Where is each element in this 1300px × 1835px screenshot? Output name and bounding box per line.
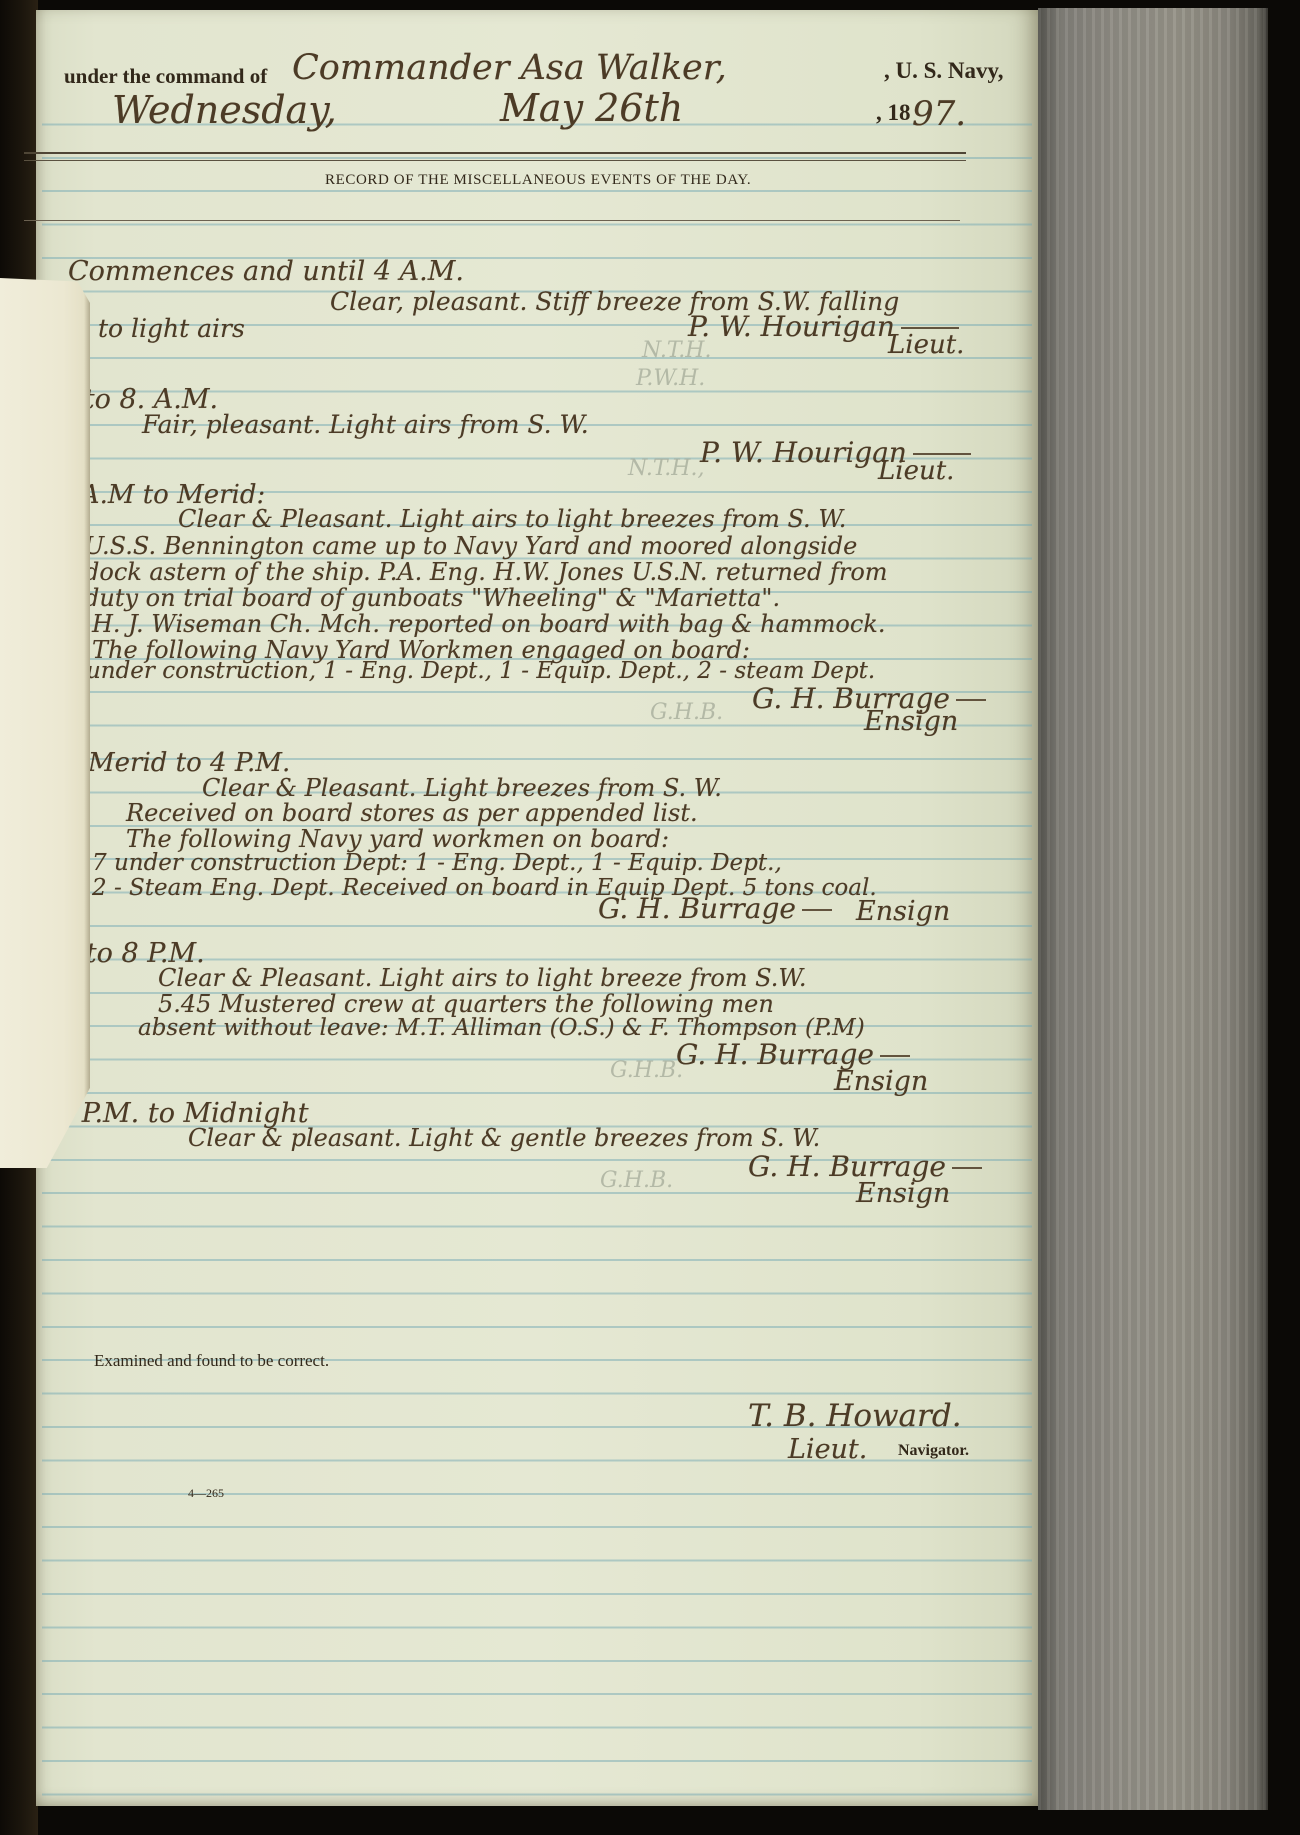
pencil-initials: P.W.H.: [636, 366, 705, 391]
officer-signature: G. H. Burrage: [598, 892, 832, 925]
page-edge-stack: [1038, 8, 1268, 1810]
log-line: 7 under construction Dept: 1 - Eng. Dept…: [92, 850, 782, 876]
log-line: The following Navy yard workmen on board…: [126, 825, 669, 853]
log-line: dock astern of the ship. P.A. Eng. H.W. …: [84, 558, 888, 586]
double-rule: [24, 152, 966, 161]
tucked-page-corner: [0, 278, 90, 1168]
printed-navy-suffix: , U. S. Navy,: [884, 58, 1004, 84]
log-line: Clear & Pleasant. Light airs to light br…: [158, 964, 806, 992]
handwritten-date: May 26th: [500, 86, 683, 130]
printed-command-prefix: under the command of: [64, 64, 267, 89]
log-line: duty on trial board of gunboats "Wheelin…: [84, 584, 780, 612]
pencil-initials: G.H.B.: [650, 700, 723, 725]
officer-rank: Ensign: [864, 706, 958, 737]
logbook-photograph: under the command of Commander Asa Walke…: [0, 0, 1300, 1835]
officer-rank: Lieut.: [878, 456, 954, 486]
navigator-rank: Lieut.: [788, 1434, 867, 1465]
log-line: to light airs: [98, 314, 245, 343]
handwritten-year: 97.: [912, 94, 966, 134]
officer-rank: Ensign: [856, 1178, 950, 1209]
log-line: U.S.S. Bennington came up to Navy Yard a…: [84, 532, 857, 560]
officer-rank: Ensign: [834, 1066, 928, 1097]
printed-navigator-label: Navigator.: [898, 1442, 969, 1460]
pencil-initials: N.T.H.: [642, 338, 711, 363]
log-line: 7 under construction, 1 - Eng. Dept., 1 …: [64, 658, 875, 684]
watch-header: Commences and until 4 A.M.: [68, 256, 464, 287]
log-line: Fair, pleasant. Light airs from S. W.: [142, 410, 589, 439]
pencil-initials: N.T.H.,: [628, 456, 704, 481]
log-line: Clear & pleasant. Light & gentle breezes…: [188, 1124, 820, 1152]
pencil-initials: G.H.B.: [610, 1058, 683, 1083]
printed-form-number: 4—265: [188, 1486, 224, 1501]
navigator-signature: T. B. Howard.: [748, 1398, 962, 1434]
officer-rank: Ensign: [856, 896, 950, 927]
handwritten-day: Wednesday,: [112, 88, 337, 132]
officer-rank: Lieut.: [888, 330, 964, 360]
printed-record-title: RECORD OF THE MISCELLANEOUS EVENTS OF TH…: [325, 172, 751, 189]
log-line: Clear & Pleasant. Light breezes from S. …: [202, 774, 722, 802]
pencil-initials: G.H.B.: [600, 1168, 673, 1193]
printed-year-prefix: , 18: [876, 100, 911, 126]
single-rule: [24, 220, 960, 221]
log-line: 5.45 Mustered crew at quarters the follo…: [158, 990, 774, 1018]
handwritten-commander-name: Commander Asa Walker,: [292, 48, 727, 88]
log-line: Received on board stores as per appended…: [126, 799, 698, 827]
log-line: H. J. Wiseman Ch. Mch. reported on board…: [92, 610, 885, 638]
log-line: Clear & Pleasant. Light airs to light br…: [178, 505, 846, 533]
printed-examined-statement: Examined and found to be correct.: [94, 1351, 329, 1371]
